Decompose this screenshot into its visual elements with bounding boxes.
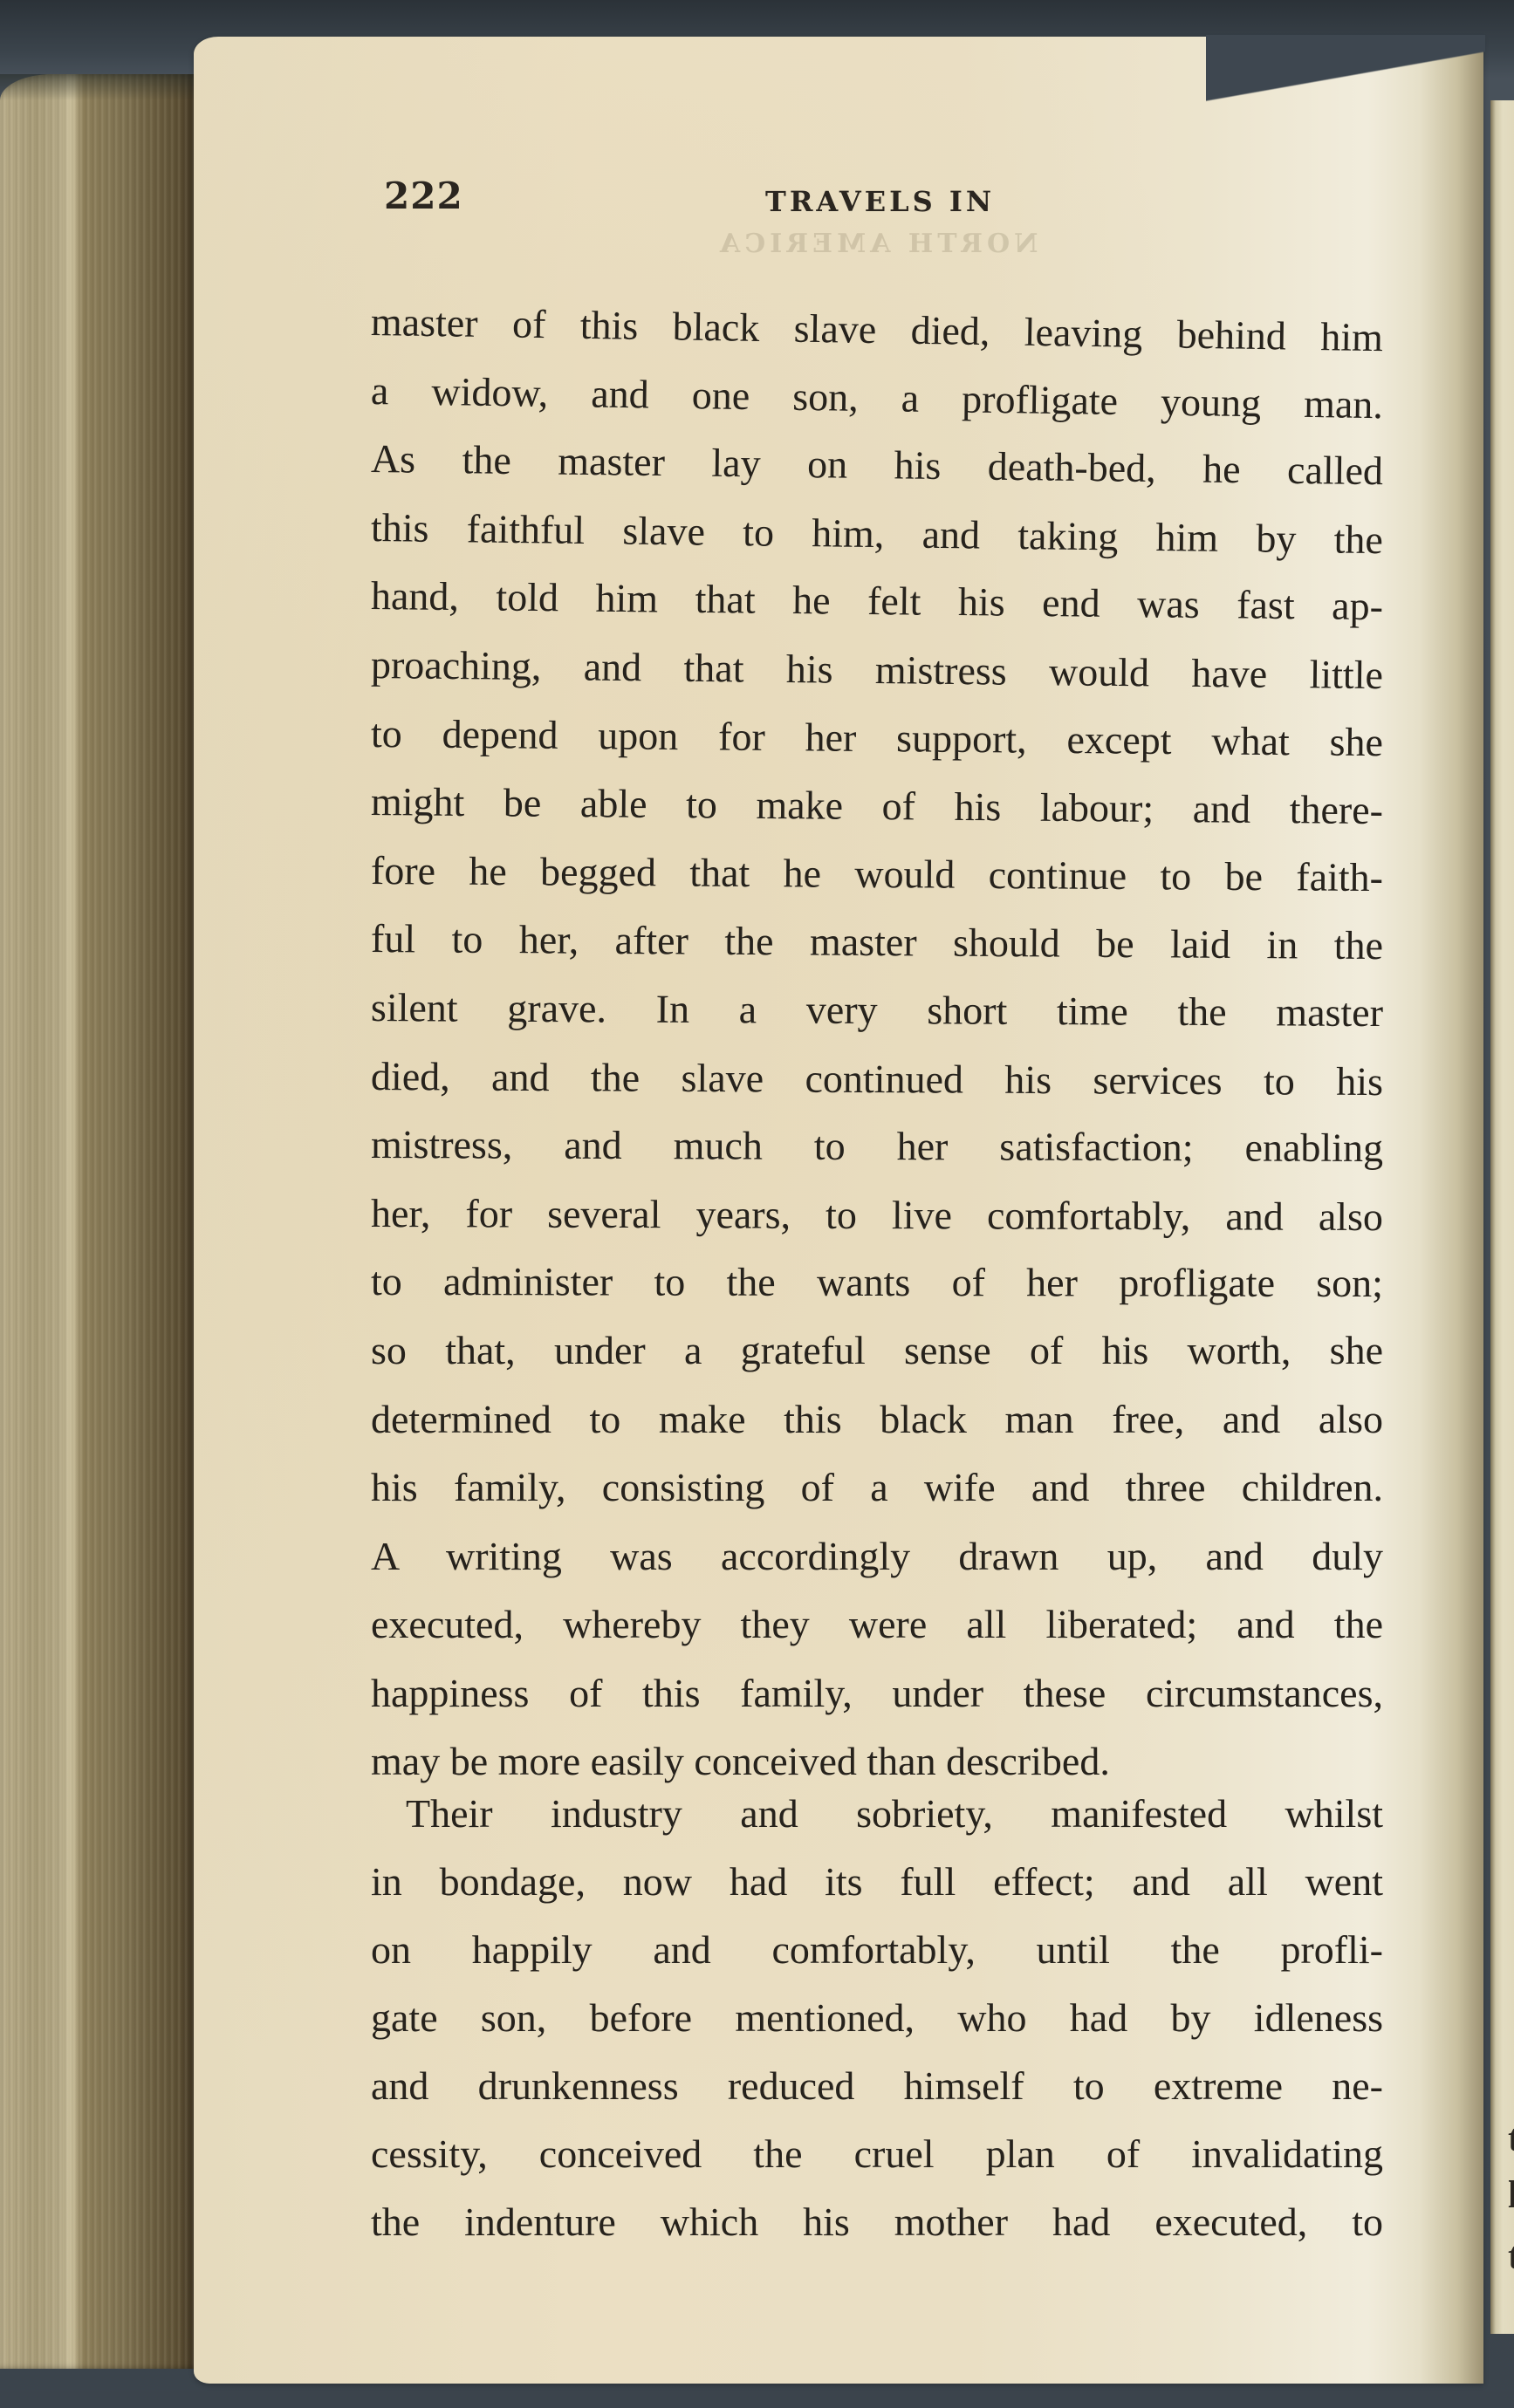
- paragraph-1: master of this black slave died, leaving…: [371, 288, 1383, 1796]
- text-line: A writing was accordingly drawn up, and …: [371, 1522, 1383, 1591]
- page-fore-edge-stack: [0, 74, 202, 2369]
- text-line: and drunkenness reduced himself to extre…: [371, 2052, 1383, 2120]
- running-title: TRAVELS IN: [765, 185, 995, 218]
- text-line: gate son, before mentioned, who had by i…: [371, 1984, 1383, 2052]
- text-line: proaching, and that his mistress would h…: [371, 631, 1384, 710]
- text-line: As the master lay on his death-bed, he c…: [371, 425, 1384, 506]
- text-line: this faithful slave to him, and taking h…: [371, 494, 1384, 575]
- bleed-through-text: NORTH AMERICA: [716, 229, 1038, 259]
- text-line: Their industry and sobriety, manifested …: [371, 1780, 1383, 1848]
- text-line: her, for several years, to live comforta…: [371, 1180, 1383, 1252]
- facing-page-glyph: t: [1508, 2234, 1514, 2278]
- text-line: mistress, and much to her satisfaction; …: [371, 1111, 1383, 1183]
- text-line: cessity, conceived the cruel plan of inv…: [371, 2120, 1383, 2188]
- text-line: in bondage, now had its full effect; and…: [371, 1848, 1383, 1916]
- text-line: executed, whereby they were all liberate…: [371, 1591, 1383, 1659]
- text-line: to administer to the wants of her profli…: [371, 1248, 1383, 1318]
- text-line: hand, told him that he felt his end was …: [371, 562, 1384, 641]
- running-header: 222 TRAVELS IN: [0, 174, 1514, 227]
- text-line: silent grave. In a very short time the m…: [371, 974, 1383, 1048]
- text-line: fore he begged that he would continue to…: [371, 837, 1384, 913]
- text-line: to depend upon for her support, except w…: [371, 700, 1384, 777]
- facing-page-sliver: [1490, 100, 1514, 2334]
- facing-page-glyph: t: [1508, 2116, 1514, 2160]
- text-line: on happily and comfortably, until the pr…: [371, 1916, 1383, 1984]
- text-line: ful to her, after the master should be l…: [371, 905, 1384, 981]
- text-line: died, and the slave continued his servic…: [371, 1043, 1383, 1117]
- page-stack-shadow: [0, 74, 202, 100]
- text-line: so that, under a grateful sense of his w…: [371, 1317, 1383, 1385]
- text-line: happiness of this family, under these ci…: [371, 1659, 1383, 1728]
- page-number: 222: [384, 174, 463, 217]
- text-line: his family, consisting of a wife and thr…: [371, 1454, 1383, 1522]
- text-line: might be able to make of his labour; and…: [371, 768, 1384, 845]
- paragraph-2: Their industry and sobriety, manifested …: [371, 1780, 1383, 2256]
- facing-page-glyph: l: [1508, 2172, 1514, 2217]
- text-line: the indenture which his mother had execu…: [371, 2188, 1383, 2256]
- text-line: determined to make this black man free, …: [371, 1385, 1383, 1454]
